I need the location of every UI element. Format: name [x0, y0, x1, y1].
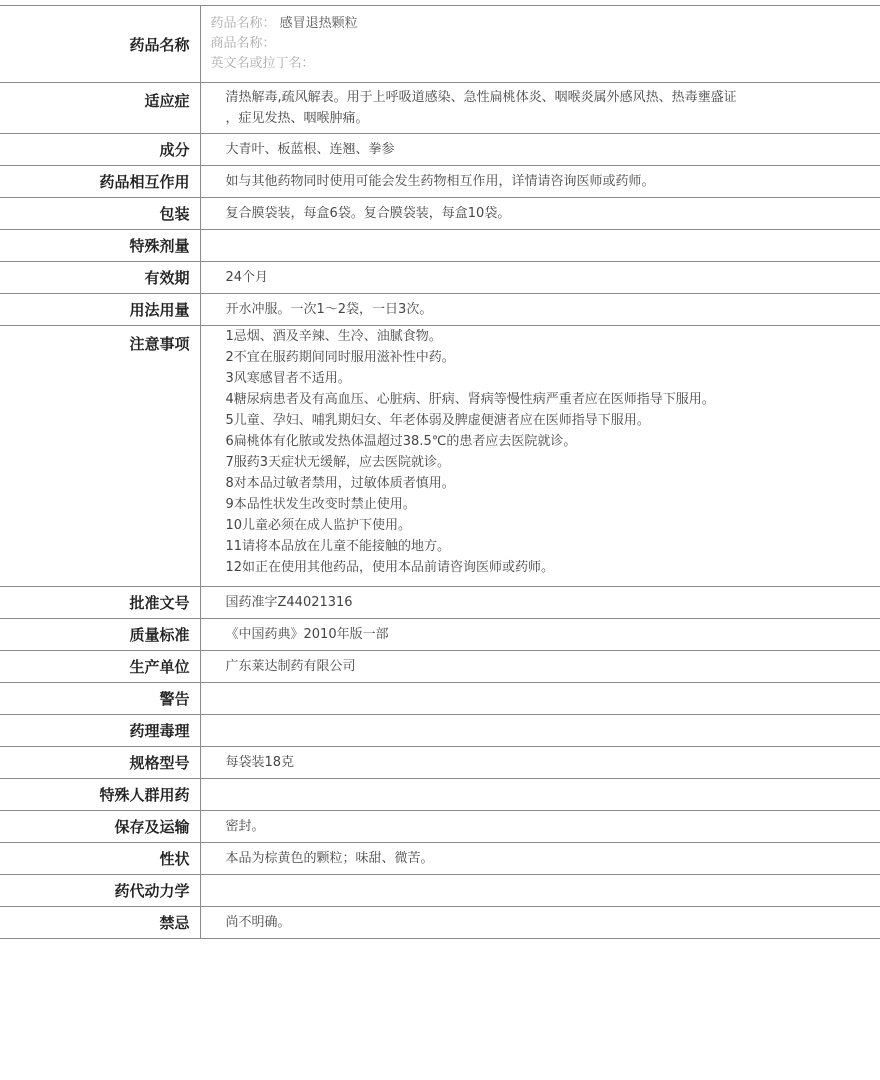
indications-line-2: ，症见发热、咽喉肿痛。: [226, 108, 880, 129]
precaution-item: 10儿童必须在成人监护下使用。: [226, 515, 880, 536]
label-appearance: 性状: [0, 843, 200, 875]
row-precautions: 注意事项 1忌烟、酒及辛辣、生冷、油腻食物。 2不宜在服药期间同时服用滋补性中药…: [0, 326, 880, 587]
row-approval-no: 批准文号 国药准字Z44021316: [0, 587, 880, 619]
label-precautions: 注意事项: [0, 326, 200, 587]
value-pharmacokinetics: [200, 875, 880, 907]
value-interactions: 如与其他药物同时使用可能会发生药物相互作用，详情请咨询医师或药师。: [200, 166, 880, 198]
label-drug-name: 药品名称: [0, 6, 200, 83]
precaution-item: 7服药3天症状无缓解，应去医院就诊。: [226, 452, 880, 473]
value-indications: 清热解毒,疏风解表。用于上呼吸道感染、急性扁桃体炎、咽喉炎属外感风热、热毒壅盛证…: [200, 83, 880, 134]
row-specification: 规格型号 每袋装18克: [0, 747, 880, 779]
generic-name-value: 感冒退热颗粒: [280, 16, 358, 31]
label-pharmacokinetics: 药代动力学: [0, 875, 200, 907]
value-dosage: 开水冲服。一次1～2袋，一日3次。: [200, 294, 880, 326]
value-storage: 密封。: [200, 811, 880, 843]
label-dosage: 用法用量: [0, 294, 200, 326]
precaution-item: 6扁桃体有化脓或发热体温超过38.5℃的患者应去医院就诊。: [226, 431, 880, 452]
label-ingredients: 成分: [0, 134, 200, 166]
label-specification: 规格型号: [0, 747, 200, 779]
value-toxicology: [200, 715, 880, 747]
row-warning: 警告: [0, 683, 880, 715]
row-manufacturer: 生产单位 广东莱达制药有限公司: [0, 651, 880, 683]
label-storage: 保存及运输: [0, 811, 200, 843]
value-expiry: 24个月: [200, 262, 880, 294]
row-indications: 适应症 清热解毒,疏风解表。用于上呼吸道感染、急性扁桃体炎、咽喉炎属外感风热、热…: [0, 83, 880, 134]
label-contraindications: 禁忌: [0, 907, 200, 939]
value-contraindications: 尚不明确。: [200, 907, 880, 939]
value-specification: 每袋装18克: [200, 747, 880, 779]
row-packaging: 包装 复合膜袋装，每盒6袋。复合膜袋装，每盒10袋。: [0, 198, 880, 230]
value-quality-standard: 《中国药典》2010年版一部: [200, 619, 880, 651]
row-pharmacokinetics: 药代动力学: [0, 875, 880, 907]
value-ingredients: 大青叶、板蓝根、连翘、拳参: [200, 134, 880, 166]
value-special-dosage: [200, 230, 880, 262]
precaution-item: 9本品性状发生改变时禁止使用。: [226, 494, 880, 515]
label-quality-standard: 质量标准: [0, 619, 200, 651]
row-special-populations: 特殊人群用药: [0, 779, 880, 811]
drug-spec-table: 药品名称 药品名称： 感冒退热颗粒 商品名称： 英文名或拉丁名： 适应症 清热解…: [0, 5, 880, 939]
label-warning: 警告: [0, 683, 200, 715]
value-special-populations: [200, 779, 880, 811]
row-quality-standard: 质量标准 《中国药典》2010年版一部: [0, 619, 880, 651]
precaution-item: 5儿童、孕妇、哺乳期妇女、年老体弱及脾虚便溏者应在医师指导下服用。: [226, 410, 880, 431]
value-manufacturer: 广东莱达制药有限公司: [200, 651, 880, 683]
label-packaging: 包装: [0, 198, 200, 230]
trade-name-label: 商品名称：: [211, 36, 276, 51]
label-indications: 适应症: [0, 83, 200, 134]
value-packaging: 复合膜袋装，每盒6袋。复合膜袋装，每盒10袋。: [200, 198, 880, 230]
row-drug-name: 药品名称 药品名称： 感冒退热颗粒 商品名称： 英文名或拉丁名：: [0, 6, 880, 83]
precaution-item: 1忌烟、酒及辛辣、生冷、油腻食物。: [226, 326, 880, 347]
precaution-item: 4糖尿病患者及有高血压、心脏病、肝病、肾病等慢性病严重者应在医师指导下服用。: [226, 389, 880, 410]
precaution-item: 11请将本品放在儿童不能接触的地方。: [226, 536, 880, 557]
precaution-item: 3风寒感冒者不适用。: [226, 368, 880, 389]
label-manufacturer: 生产单位: [0, 651, 200, 683]
row-appearance: 性状 本品为棕黄色的颗粒；味甜、微苦。: [0, 843, 880, 875]
label-toxicology: 药理毒理: [0, 715, 200, 747]
label-approval-no: 批准文号: [0, 587, 200, 619]
value-appearance: 本品为棕黄色的颗粒；味甜、微苦。: [200, 843, 880, 875]
row-expiry: 有效期 24个月: [0, 262, 880, 294]
label-special-populations: 特殊人群用药: [0, 779, 200, 811]
row-ingredients: 成分 大青叶、板蓝根、连翘、拳参: [0, 134, 880, 166]
value-drug-name: 药品名称： 感冒退热颗粒 商品名称： 英文名或拉丁名：: [200, 6, 880, 83]
english-name-label: 英文名或拉丁名：: [211, 56, 315, 71]
row-special-dosage: 特殊剂量: [0, 230, 880, 262]
row-storage: 保存及运输 密封。: [0, 811, 880, 843]
precaution-item: 12如正在使用其他药品，使用本品前请咨询医师或药师。: [226, 557, 880, 578]
label-expiry: 有效期: [0, 262, 200, 294]
value-approval-no: 国药准字Z44021316: [200, 587, 880, 619]
label-interactions: 药品相互作用: [0, 166, 200, 198]
row-contraindications: 禁忌 尚不明确。: [0, 907, 880, 939]
generic-name-label: 药品名称：: [211, 16, 276, 31]
value-warning: [200, 683, 880, 715]
precaution-item: 8对本品过敏者禁用，过敏体质者慎用。: [226, 473, 880, 494]
row-dosage: 用法用量 开水冲服。一次1～2袋，一日3次。: [0, 294, 880, 326]
label-special-dosage: 特殊剂量: [0, 230, 200, 262]
indications-line-1: 清热解毒,疏风解表。用于上呼吸道感染、急性扁桃体炎、咽喉炎属外感风热、热毒壅盛证: [226, 87, 880, 108]
row-toxicology: 药理毒理: [0, 715, 880, 747]
row-interactions: 药品相互作用 如与其他药物同时使用可能会发生药物相互作用，详情请咨询医师或药师。: [0, 166, 880, 198]
value-precautions: 1忌烟、酒及辛辣、生冷、油腻食物。 2不宜在服药期间同时服用滋补性中药。 3风寒…: [200, 326, 880, 587]
precaution-item: 2不宜在服药期间同时服用滋补性中药。: [226, 347, 880, 368]
